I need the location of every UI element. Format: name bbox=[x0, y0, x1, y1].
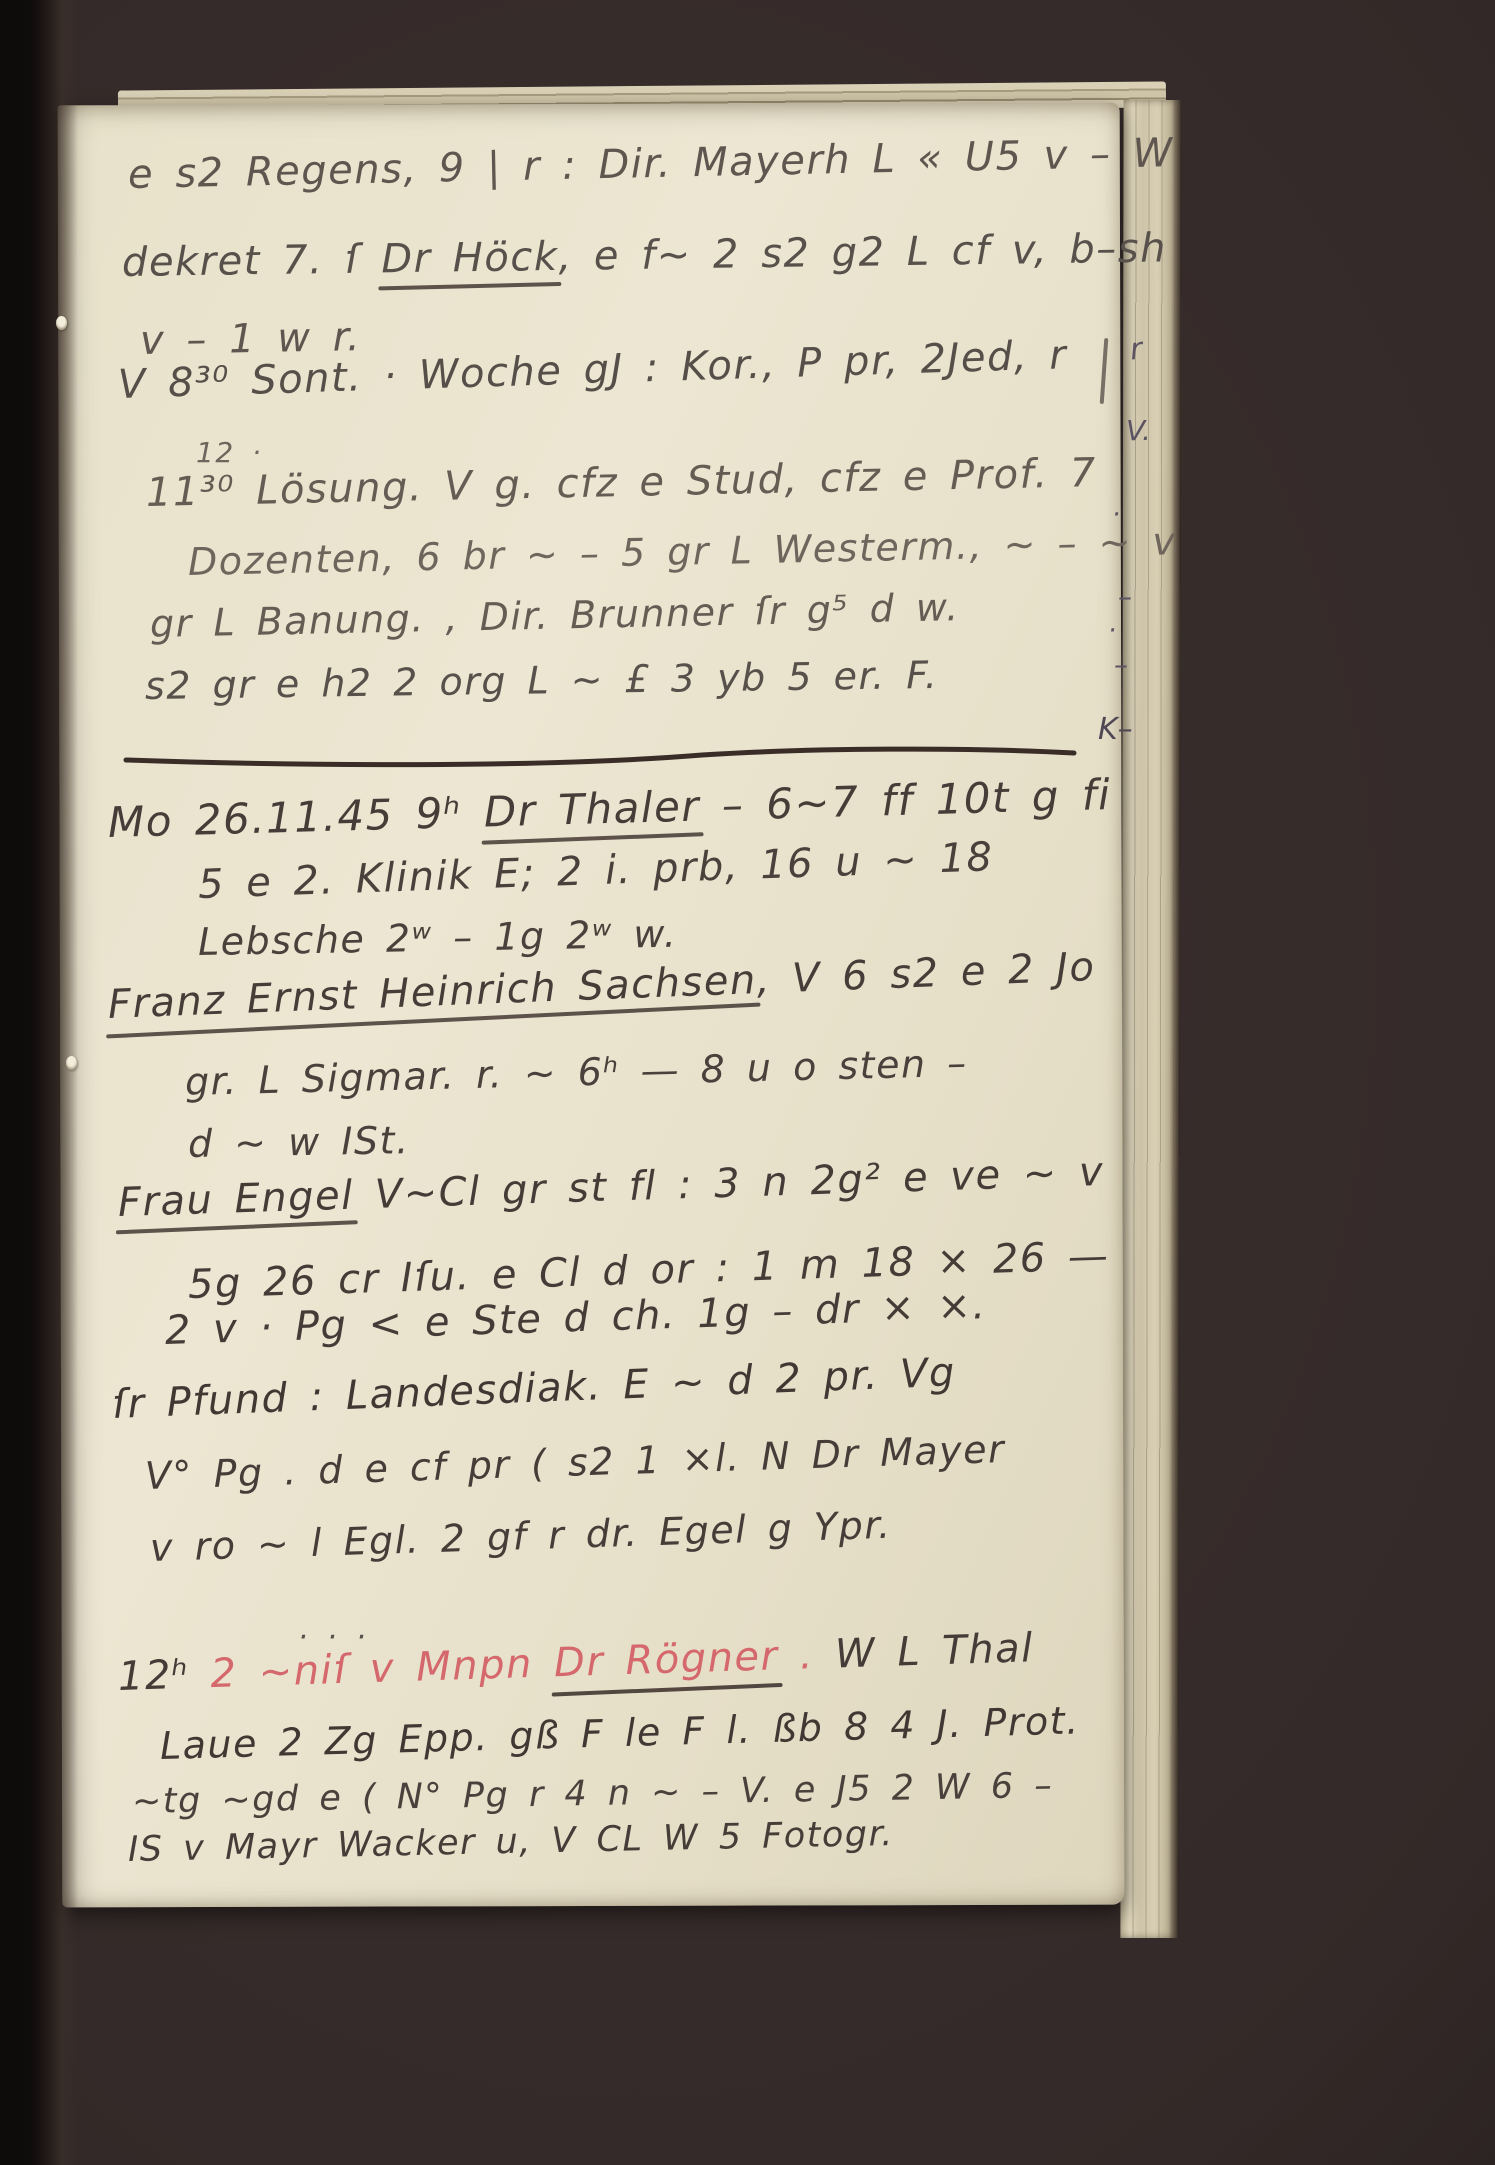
line-2-tail: , e f~ 2 s2 g2 L cf v, b–sh bbox=[558, 225, 1167, 279]
line-2-text: dekret 7. ſ bbox=[122, 236, 382, 286]
page-edge-lines bbox=[1120, 100, 1181, 1938]
underlined-name-dr-hoeck: Dr Höck bbox=[381, 234, 559, 282]
red-ink-period: . bbox=[778, 1632, 815, 1679]
margin-mark-5: · bbox=[1108, 616, 1116, 646]
margin-mark-4: – bbox=[1118, 580, 1132, 613]
margin-mark-6: – bbox=[1114, 648, 1128, 681]
handwriting-line-13: d ~ w ISt. bbox=[188, 1118, 410, 1166]
paper-hole bbox=[66, 1056, 77, 1070]
margin-mark-7: K– bbox=[1098, 712, 1133, 747]
underlined-name-dr-thaler: Dr Thaler bbox=[483, 781, 701, 836]
handwriting-line-10: Lebsche 2ʷ – 1g 2ʷ w. bbox=[198, 912, 678, 964]
underlying-page-edges-right bbox=[1120, 100, 1181, 1938]
handwritten-divider-line bbox=[122, 744, 1082, 772]
margin-mark-2: V. bbox=[1126, 414, 1151, 447]
date-text: Mo 26.11.45 9ʰ bbox=[107, 788, 484, 847]
handwriting-note-12: 12 · bbox=[196, 436, 262, 469]
margin-mark-3: · bbox=[1112, 500, 1120, 530]
photo-of-diary-page: e s2 Regens, 9 | r : Dir. Mayerh L « U5 … bbox=[0, 0, 1495, 2165]
time-12h: 12ʰ bbox=[117, 1652, 190, 1700]
paper-hole bbox=[56, 316, 67, 330]
line-20-tail: W L Thal bbox=[813, 1625, 1034, 1678]
underlined-name-dr-roegner: Dr Rögner bbox=[553, 1633, 779, 1686]
underlined-name-frau-engel: Frau Engel bbox=[117, 1173, 354, 1226]
